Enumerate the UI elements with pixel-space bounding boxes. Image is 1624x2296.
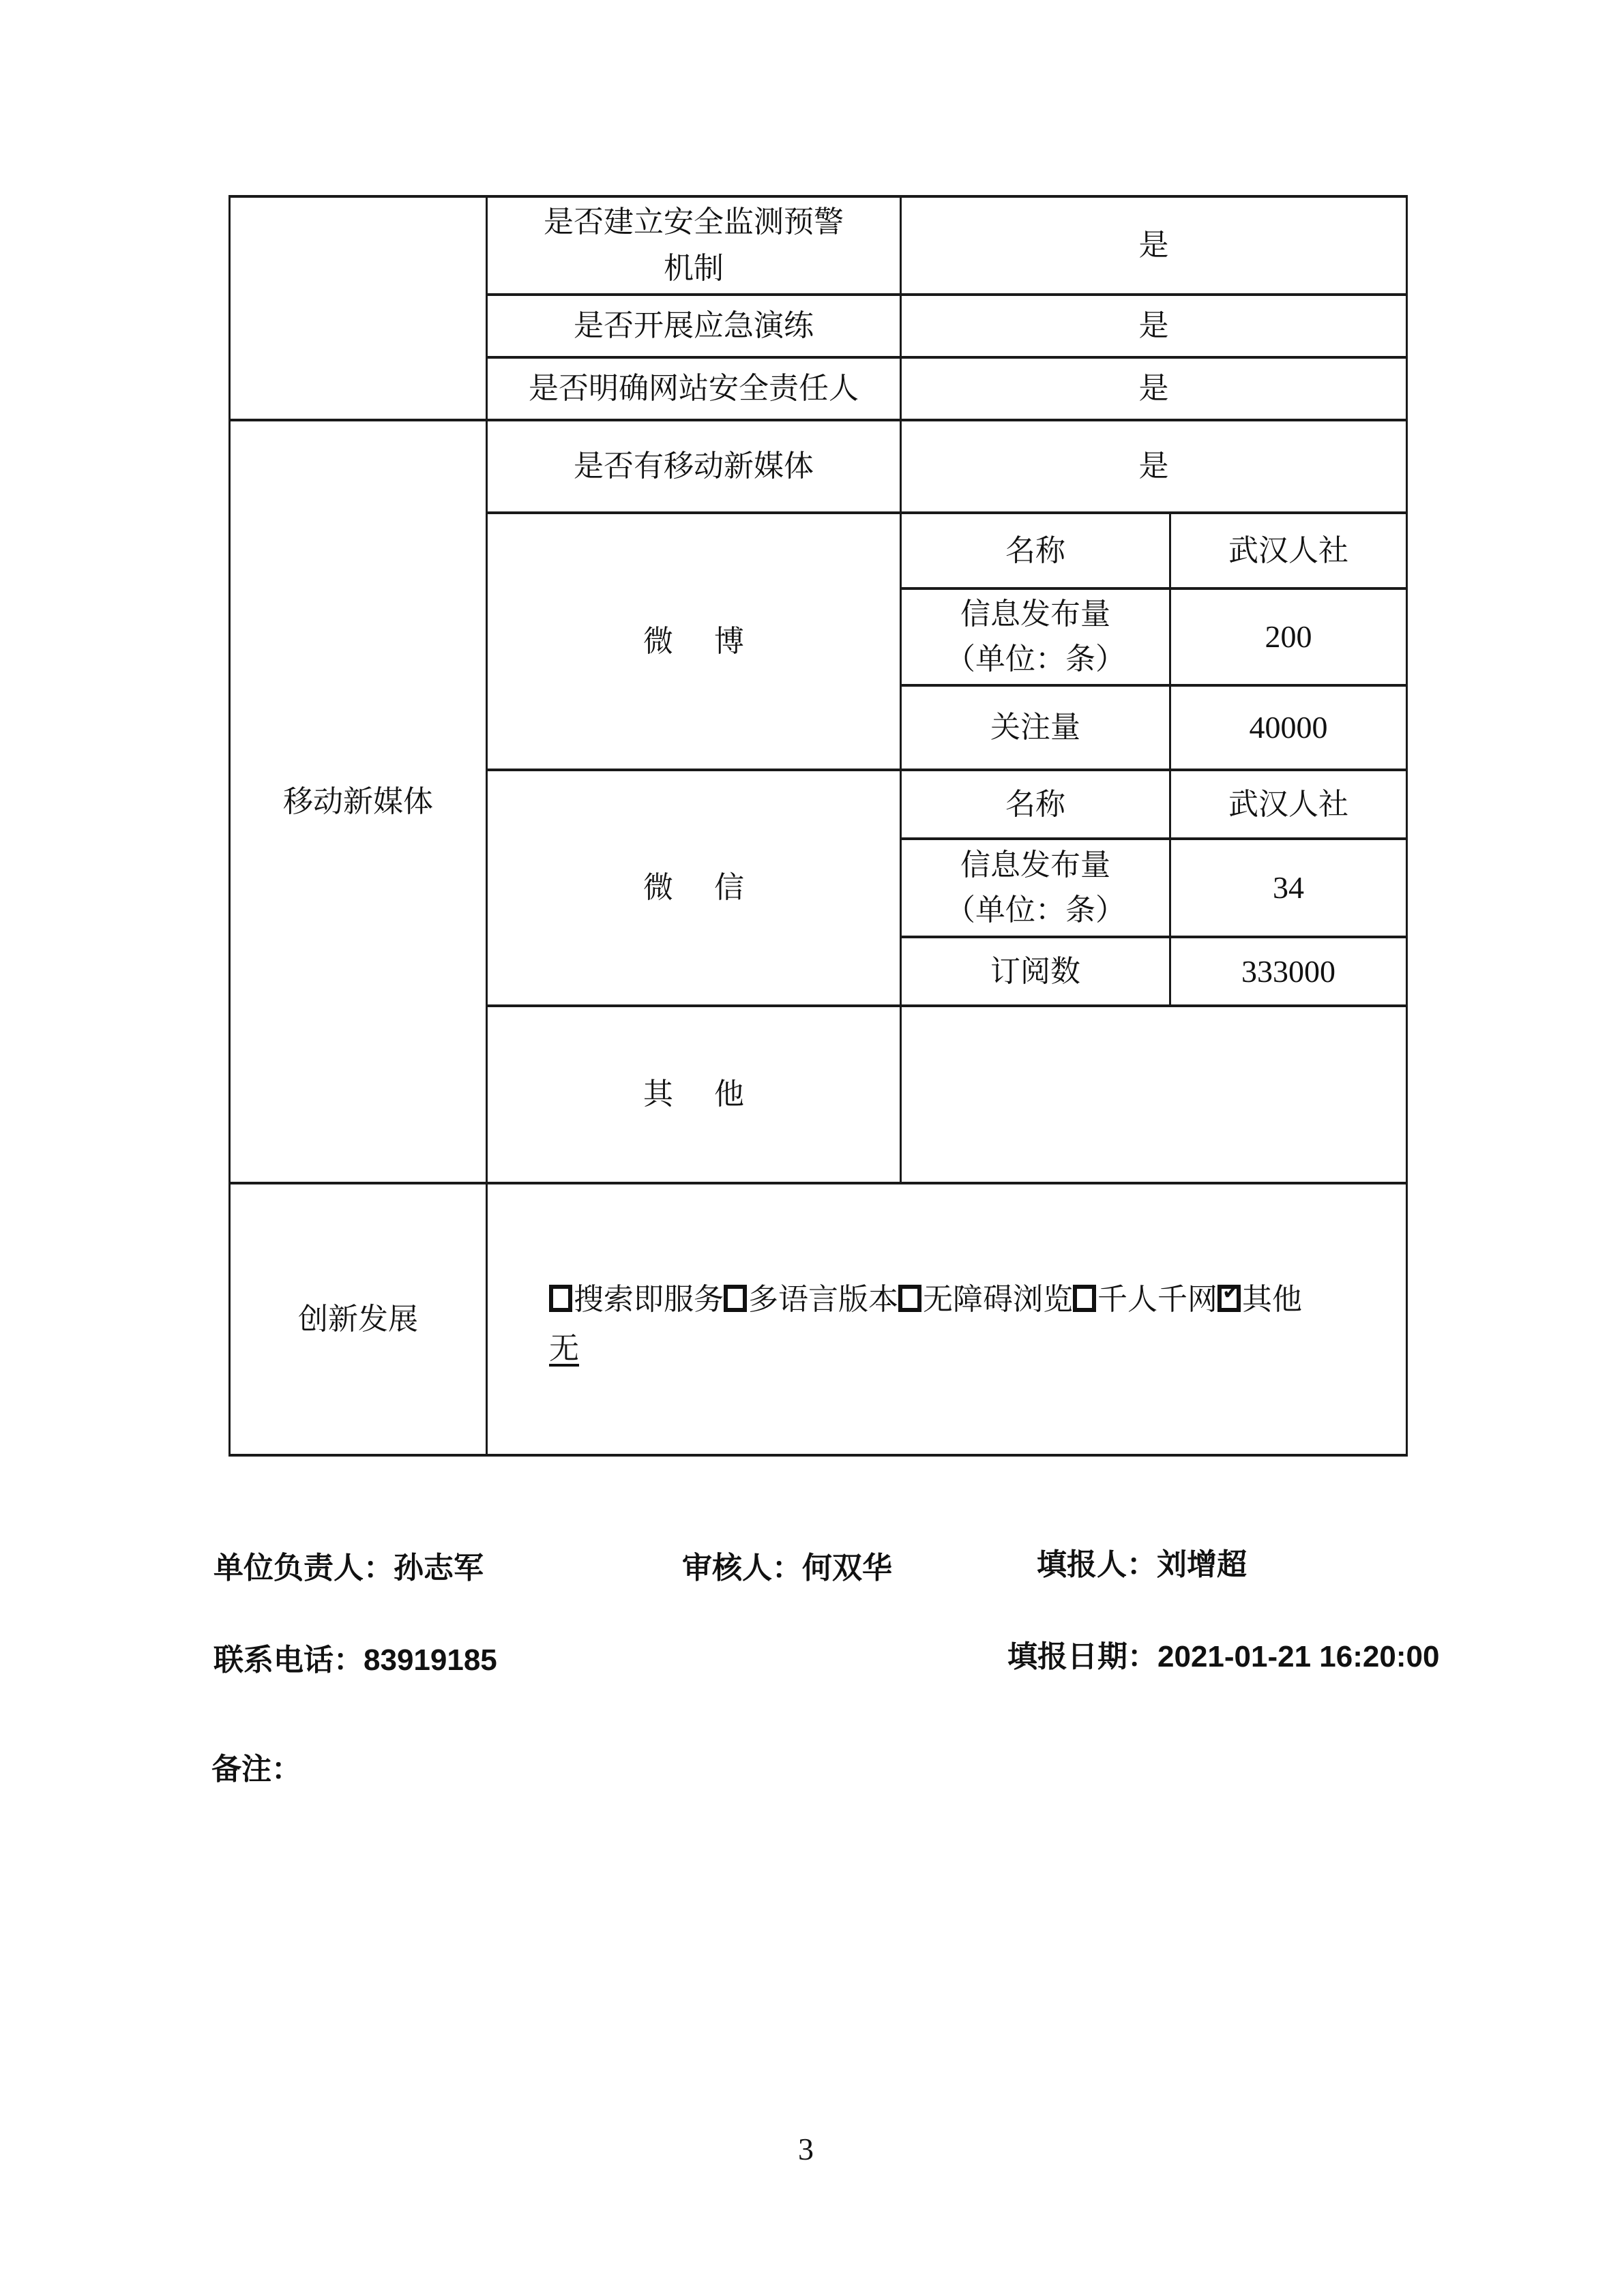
label-line: 信息发布量 <box>960 843 1110 888</box>
innovation-other-text: 无 <box>549 1324 1395 1373</box>
label-line: （单位：条） <box>945 637 1125 682</box>
option-label: 搜索即服务 <box>574 1282 724 1317</box>
reviewer-value: 何双华 <box>802 1551 892 1585</box>
option-label: 千人千网 <box>1097 1282 1217 1317</box>
checkbox-accessibility[interactable] <box>898 1285 921 1312</box>
other-media-value <box>902 1007 1406 1182</box>
weibo-name-value: 武汉人社 <box>1171 514 1406 587</box>
wechat-posts-value: 34 <box>1171 840 1406 936</box>
filler: 填报人：刘增超 <box>1037 1545 1247 1585</box>
table-border-right <box>1406 196 1408 1456</box>
wechat-label: 微信 <box>488 771 900 1004</box>
document-page: 是否建立安全监测预警 机制 是 是否开展应急演练 是 是否明确网站安全责任人 是… <box>0 0 1624 2296</box>
reviewer: 审核人：何双华 <box>682 1548 892 1589</box>
other-media-label-text: 其他 <box>643 1071 785 1118</box>
emergency-drill-value: 是 <box>902 296 1406 356</box>
remarks: 备注： <box>211 1749 301 1790</box>
weibo-label: 微博 <box>488 514 900 769</box>
security-owner-value: 是 <box>902 359 1406 419</box>
reviewer-label: 审核人： <box>682 1551 802 1585</box>
phone-label: 联系电话： <box>213 1643 364 1678</box>
date-label: 填报日期： <box>1007 1639 1157 1674</box>
phone-value: 83919185 <box>364 1643 497 1677</box>
weibo-posts-label: 信息发布量 （单位：条） <box>902 590 1169 684</box>
wechat-name-value: 武汉人社 <box>1171 771 1406 837</box>
weibo-label-text: 微博 <box>643 618 785 666</box>
unit-head: 单位负责人：孙志军 <box>213 1548 484 1589</box>
filler-label: 填报人： <box>1037 1547 1157 1582</box>
page-number: 3 <box>798 2131 814 2167</box>
security-monitoring-value: 是 <box>902 198 1406 293</box>
label-line: 机制 <box>664 245 724 292</box>
innovation-section-label: 创新发展 <box>231 1184 486 1454</box>
security-monitoring-label: 是否建立安全监测预警 机制 <box>488 198 900 293</box>
innovation-options: 搜索即服务多语言版本无障碍浏览千人千网其他 无 <box>549 1275 1395 1373</box>
checkbox-search-service[interactable] <box>549 1285 572 1312</box>
checkbox-other-checked[interactable] <box>1217 1285 1241 1312</box>
checkbox-personalized[interactable] <box>1073 1285 1096 1312</box>
unit-head-value: 孙志军 <box>394 1551 484 1585</box>
weibo-followers-label: 关注量 <box>902 687 1169 769</box>
option-label: 多语言版本 <box>748 1282 898 1317</box>
wechat-name-label: 名称 <box>902 771 1169 837</box>
emergency-drill-label: 是否开展应急演练 <box>488 296 900 356</box>
mobile-media-section-label: 移动新媒体 <box>231 421 486 1182</box>
label-line: 信息发布量 <box>960 592 1110 637</box>
filler-value: 刘增超 <box>1157 1547 1247 1582</box>
option-label: 其他 <box>1242 1282 1302 1317</box>
weibo-name-label: 名称 <box>902 514 1169 587</box>
checkbox-multilingual[interactable] <box>724 1285 747 1312</box>
fill-date: 填报日期：2021-01-21 16:20:00 <box>1007 1637 1439 1678</box>
wechat-subscribers-value: 333000 <box>1171 938 1406 1004</box>
security-owner-label: 是否明确网站安全责任人 <box>488 359 900 419</box>
table-border-bottom <box>228 1454 1408 1457</box>
has-mobile-media-value: 是 <box>902 421 1406 511</box>
wechat-posts-label: 信息发布量 （单位：条） <box>902 840 1169 936</box>
date-value: 2021-01-21 16:20:00 <box>1157 1640 1439 1673</box>
wechat-subscribers-label: 订阅数 <box>902 938 1169 1004</box>
label-line: 是否建立安全监测预警 <box>544 199 844 245</box>
option-label: 无障碍浏览 <box>923 1282 1073 1317</box>
unit-head-label: 单位负责人： <box>213 1551 394 1585</box>
contact-phone: 联系电话：83919185 <box>213 1640 497 1681</box>
other-media-label: 其他 <box>488 1007 900 1182</box>
wechat-label-text: 微信 <box>643 864 785 912</box>
weibo-followers-value: 40000 <box>1171 687 1406 769</box>
label-line: （单位：条） <box>945 888 1125 933</box>
has-mobile-media-label: 是否有移动新媒体 <box>488 421 900 511</box>
weibo-posts-value: 200 <box>1171 590 1406 684</box>
innovation-checkbox-row: 搜索即服务多语言版本无障碍浏览千人千网其他 <box>549 1275 1395 1324</box>
